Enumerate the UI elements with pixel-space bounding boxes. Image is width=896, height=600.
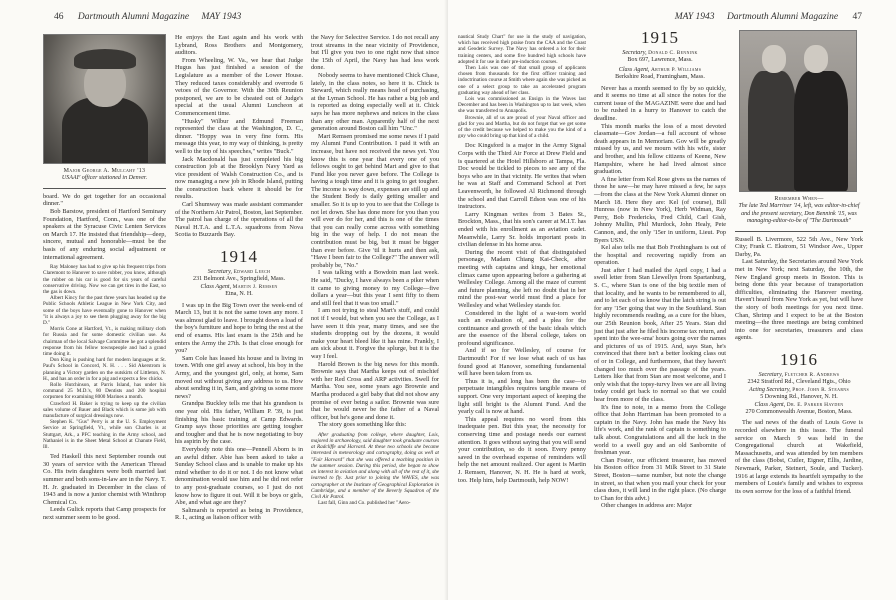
small-paragraph: Albert Kincy for the past three years ha… bbox=[43, 295, 166, 326]
page-number: 47 bbox=[853, 12, 863, 22]
small-paragraph: nautical Study Chart" for use in the stu… bbox=[458, 34, 586, 65]
caption-description: The late Ted Marriner '14, left, was edi… bbox=[735, 203, 863, 225]
officer-address: Etna, N. H. bbox=[175, 291, 303, 298]
paragraph: And if so for Wellesley, of course for D… bbox=[458, 347, 586, 377]
paragraph: Ted Haskell this next September rounds o… bbox=[43, 453, 166, 506]
paragraph: I am not trying to steal Mart's stuff, a… bbox=[311, 307, 439, 360]
small-paragraph: Brownie, all of us are proud of your Nav… bbox=[458, 115, 586, 140]
paragraph: Russell B. Livermore, 522 5th Ave., New … bbox=[735, 236, 863, 259]
officer-name: Arthur P. Williams bbox=[651, 67, 701, 73]
officer-role: Class Agent, bbox=[755, 402, 786, 408]
officer-address: 231 Belmont Ave., Springfield, Mass. bbox=[175, 276, 303, 283]
small-paragraph: Lois was commissioned as Ensign in the W… bbox=[458, 96, 586, 115]
photo-figure-right bbox=[794, 71, 848, 191]
officer-name: Fletcher R. Andrews bbox=[785, 372, 840, 378]
paragraph: Last Saturday, the Secretaries around Ne… bbox=[735, 258, 863, 342]
photo-figure-left bbox=[748, 71, 796, 191]
class-heading-1915: 1915 bbox=[594, 28, 726, 48]
paragraph: Never has a month seemed to fly by so qu… bbox=[594, 85, 726, 123]
paragraph: He enjoys the East again and his work wi… bbox=[175, 34, 303, 57]
officer-role: Class Agent, bbox=[200, 284, 231, 290]
small-paragraph: Rollo Hutchinson, at Parris Island, has … bbox=[43, 382, 166, 401]
photo-figure-cap bbox=[74, 49, 136, 69]
running-head-right: MAY 1943 Dartmouth Alumni Magazine 47 bbox=[675, 12, 874, 22]
paragraph: Just after I had mailed the April copy, … bbox=[594, 267, 726, 404]
paragraph: I was talking with a Bowdoin man last we… bbox=[311, 269, 439, 307]
issue-date: MAY 1943 bbox=[675, 12, 715, 22]
right-column-3: Remember When— The late Ted Marriner '14… bbox=[735, 30, 863, 495]
left-page: 46 Dartmouth Alumni Magazine MAY 1943 Ma… bbox=[0, 0, 448, 600]
class-heading-1914: 1914 bbox=[175, 247, 303, 267]
small-paragraph: Then Lois was one of that small group of… bbox=[458, 65, 586, 96]
officer-address: Box 697, Lawrence, Mass. bbox=[594, 57, 726, 64]
caption-description: USAAF officer stationed in Denver. bbox=[43, 175, 166, 182]
right-page: MAY 1943 Dartmouth Alumni Magazine 47 na… bbox=[448, 0, 896, 600]
small-paragraph: Last fall, Ginn and Co. published her "A… bbox=[311, 500, 439, 506]
quoted-notes-continued: nautical Study Chart" for use in the stu… bbox=[458, 34, 586, 139]
right-column-2: 1915 Secretary, Donald C. Bennink Box 69… bbox=[594, 26, 726, 510]
running-head-left: 46 Dartmouth Alumni Magazine MAY 1943 bbox=[42, 12, 241, 22]
left-column-1: Major George A. Mulcahy '13 USAAF office… bbox=[43, 34, 166, 522]
paragraph: Doc Kingsford is a major in the Army Sig… bbox=[458, 142, 586, 210]
left-column-2: He enjoys the East again and his work wi… bbox=[175, 34, 303, 522]
small-notes: Ray Maloney has had to give up his frequ… bbox=[43, 264, 166, 450]
paragraph: Kel also tells me that Bob Frothingham i… bbox=[594, 244, 726, 267]
paragraph: This appeal requires no word from this i… bbox=[458, 416, 586, 484]
photo-remember-when bbox=[739, 30, 857, 192]
officer-role: Secretary, bbox=[622, 50, 646, 56]
officer-name: Edward Leech bbox=[234, 269, 271, 275]
photo-face-left bbox=[762, 45, 786, 73]
paragraph: This month marks the loss of a most devo… bbox=[594, 123, 726, 176]
officer-address: 5 Downing Rd., Hanover, N. H. bbox=[735, 394, 863, 401]
portrait-photo-mulcahy bbox=[43, 34, 166, 164]
paragraph: Considered in the light of a war-torn wo… bbox=[458, 310, 586, 348]
paragraph: It's fine to note, in a memo from the Co… bbox=[594, 404, 726, 457]
officer-name: Prof. John R. Stearns bbox=[792, 387, 849, 393]
paragraph: Leeds Gulick reports that Camp prospects… bbox=[43, 506, 166, 521]
small-paragraph: Ray Maloney has had to give up his frequ… bbox=[43, 264, 166, 295]
officer-role: Secretary, bbox=[208, 269, 232, 275]
paragraph: Grandpa Buckley tells me that his grands… bbox=[175, 400, 303, 446]
left-column-3: the Navy for Selective Service. I do not… bbox=[311, 34, 439, 509]
issue-date: MAY 1943 bbox=[201, 12, 241, 22]
paragraph: Harold Brown is the big news for this mo… bbox=[311, 361, 439, 422]
photo-caption: Remember When— The late Ted Marriner '14… bbox=[735, 196, 863, 226]
photo-figure-body bbox=[62, 97, 148, 164]
paragraph: "Husky" Wilbur and Edmund Freeman repres… bbox=[175, 118, 303, 156]
page-number: 46 bbox=[54, 12, 64, 22]
paragraph: Sam Cole has leased his house and is liv… bbox=[175, 355, 303, 401]
paragraph: Jack Macdonald has just completed his bi… bbox=[175, 156, 303, 202]
small-paragraph: After graduating from college, where dau… bbox=[311, 432, 439, 500]
class-officers-1916: Secretary, Fletcher R. Andrews 2342 Stra… bbox=[735, 372, 863, 416]
officer-address: Berkshire Road, Framingham, Mass. bbox=[594, 74, 726, 81]
paragraph: Bob Barstow, president of Hartford Semin… bbox=[43, 208, 166, 261]
officer-role: Secretary, bbox=[759, 372, 783, 378]
magazine-title: Dartmouth Alumni Magazine bbox=[727, 12, 838, 22]
officer-name: Martin J. Remsen bbox=[233, 284, 278, 290]
paragraph: Nobody seems to have mentioned Chick Cha… bbox=[311, 72, 439, 133]
paragraph: During the recent visit of that distingu… bbox=[458, 249, 586, 310]
paragraph: Thus it is, and long has been the case—t… bbox=[458, 378, 586, 416]
paragraph: board. We do get together for an occasio… bbox=[43, 193, 166, 208]
right-column-1: nautical Study Chart" for use in the stu… bbox=[458, 34, 586, 484]
paragraph: From Wheeling, W. Va., we hear that Judg… bbox=[175, 57, 303, 118]
paragraph: Saltmarsh is reported as being in Provid… bbox=[175, 507, 303, 522]
paragraph: Everybody note this one—Pennell Aborn is… bbox=[175, 446, 303, 507]
paragraph: Carl Shumway was made assistant commande… bbox=[175, 201, 303, 239]
paragraph: The story goes something like this: bbox=[311, 421, 439, 429]
officer-address: 2342 Stratford Rd., Cleveland Hgts., Ohi… bbox=[735, 379, 863, 386]
small-paragraph: Stephen K. "Gus" Perry is at the U. S. E… bbox=[43, 419, 166, 450]
officer-role: Class Agent, bbox=[619, 67, 650, 73]
magazine-title: Dartmouth Alumni Magazine bbox=[78, 12, 189, 22]
small-paragraph: Crawford H. Baker is trying to keep up t… bbox=[43, 401, 166, 420]
small-paragraph: Morris Cone at Hartford, Vt., is making … bbox=[43, 326, 166, 357]
paragraph: The sad news of the death of Louis Gove … bbox=[735, 419, 863, 495]
class-officers-1914: Secretary, Edward Leech 231 Belmont Ave.… bbox=[175, 269, 303, 299]
paragraph: Mart Remsen promised me some news if I p… bbox=[311, 133, 439, 270]
magazine-spread: 46 Dartmouth Alumni Magazine MAY 1943 Ma… bbox=[0, 0, 896, 600]
class-heading-1916: 1916 bbox=[735, 350, 863, 370]
paragraph: A fine letter from Kel Rose gives us the… bbox=[594, 176, 726, 244]
divider-rule bbox=[43, 188, 166, 189]
officer-address: 270 Commonwealth Avenue, Boston, Mass. bbox=[735, 409, 863, 416]
class-officers-1915: Secretary, Donald C. Bennink Box 697, La… bbox=[594, 50, 726, 82]
paragraph: Other changes in address are: Major bbox=[594, 502, 726, 510]
paragraph: Chan Foster, our efficient treasurer, ha… bbox=[594, 457, 726, 503]
officer-name: Dr. E. Parker Hayden bbox=[787, 402, 844, 408]
officer-role: Acting Secretary, bbox=[749, 387, 791, 393]
officer-name: Donald C. Bennink bbox=[648, 50, 698, 56]
small-paragraph: Don King is pushing hard for modern lang… bbox=[43, 357, 166, 382]
paragraph: I was up in the Big Town over the week-e… bbox=[175, 302, 303, 355]
photo-face-right bbox=[804, 45, 828, 73]
paragraph: Larry Kingman writes from 3 Bates St., B… bbox=[458, 211, 586, 249]
divider-rule bbox=[735, 231, 863, 232]
paragraph: the Navy for Selective Service. I do not… bbox=[311, 34, 439, 72]
photo-caption: Major George A. Mulcahy '13 USAAF office… bbox=[43, 168, 166, 183]
quoted-notes: After graduating from college, where dau… bbox=[311, 432, 439, 506]
